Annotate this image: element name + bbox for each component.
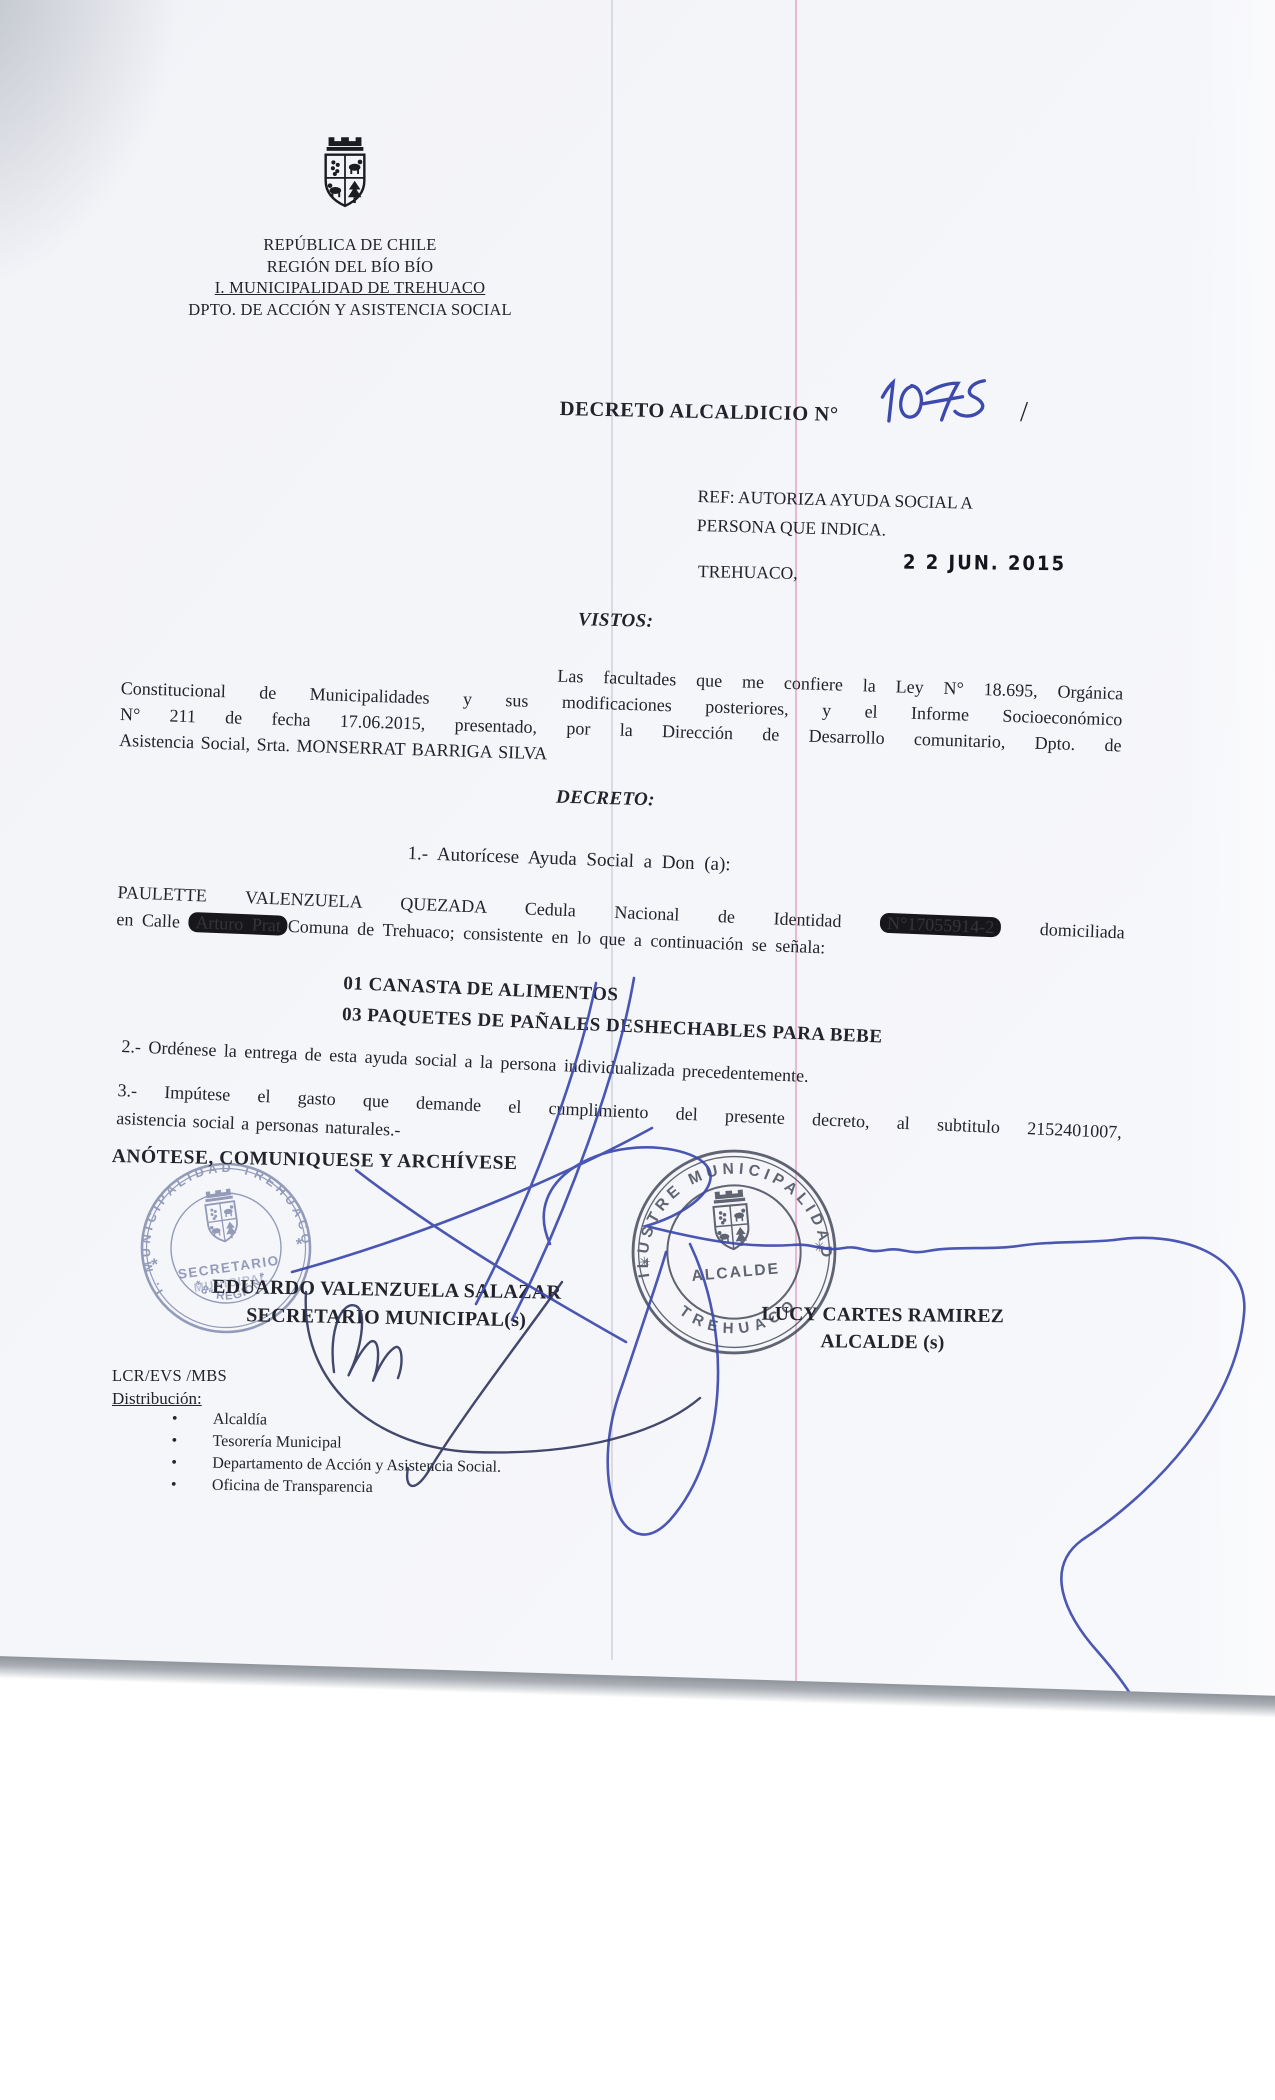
list-item: • Tesorería Municipal [160, 1432, 760, 1440]
letterhead-line: REPÚBLICA DE CHILE [112, 234, 588, 256]
signer-left: EDUARDO VALENZUELA SALAZAR SECRETARIO MU… [171, 1272, 602, 1335]
place-label: TREHUACO, [698, 561, 798, 584]
bullet-icon: • [171, 1454, 177, 1472]
list-item: • Oficina de Transparencia [159, 1476, 759, 1484]
letterhead: REPÚBLICA DE CHILE REGIÓN DEL BÍO BÍO I.… [112, 234, 588, 320]
letterhead-line: DPTO. DE ACCIÓN Y ASISTENCIA SOCIAL [112, 299, 588, 321]
paper-sheet: REPÚBLICA DE CHILE REGIÓN DEL BÍO BÍO I.… [0, 0, 1275, 1705]
decree-title: DECRETO ALCALDICIO N° [560, 398, 839, 427]
bullet-icon: • [172, 1410, 178, 1428]
beneficiary-text: domiciliada [1039, 919, 1125, 942]
letterhead-line: I. MUNICIPALIDAD DE TREHUACO [112, 277, 588, 299]
stamp-star-icon: ✳ [813, 1238, 826, 1255]
distribution-label: Distribución: [112, 1389, 202, 1409]
alcalde-signature-tail [1061, 1238, 1244, 1700]
date-stamp: 2 2 JUN. 2015 [903, 551, 1066, 576]
distribution-list: • Alcaldía • Tesorería Municipal • Depar… [159, 1410, 760, 1513]
aid-items: 01 CANASTA DE ALIMENTOS 03 PAQUETES DE P… [341, 968, 884, 1053]
stamp-center-text: ALCALDE [691, 1260, 781, 1285]
beneficiary-text: en Calle [116, 909, 180, 932]
ref-block: REF: AUTORIZA AYUDA SOCIAL A PERSONA QUE… [697, 482, 1128, 550]
stamp-crest-icon [712, 1189, 750, 1250]
signer-right: LUCY CARTES RAMIREZ ALCALDE (s) [697, 1300, 1068, 1358]
bullet-icon: • [171, 1432, 177, 1450]
list-item-label: Alcaldía [213, 1411, 267, 1430]
list-item: • Alcaldía [160, 1410, 760, 1418]
signer-name: LUCY CARTES RAMIREZ [698, 1300, 1068, 1331]
stamp-star-icon: * [150, 1255, 160, 1275]
vistos-heading: VISTOS: [578, 609, 654, 633]
stamp-crest-icon [203, 1188, 239, 1243]
scanned-decree-page: { "doc": { "header": { "lines": [ "REPÚB… [0, 0, 1275, 2100]
list-item-label: Oficina de Transparencia [212, 1477, 373, 1497]
bullet-icon: • [171, 1476, 177, 1494]
fold-line-pink [795, 0, 797, 1688]
fold-line [611, 0, 613, 1660]
decreto-heading: DECRETO: [556, 787, 656, 812]
decreto-item-1: 1.- Autorícese Ayuda Social a Don (a): [407, 843, 731, 876]
handwritten-decree-number: 1075 [877, 368, 999, 445]
municipal-crest-icon [316, 132, 374, 223]
initials-line: LCR/EVS /MBS [112, 1366, 227, 1386]
list-item-label: Departamento de Acción y Asistencia Soci… [212, 1455, 501, 1477]
redaction-bar-id: N°17055914-2 [880, 913, 1002, 938]
list-item: • Departamento de Acción y Asistencia So… [159, 1454, 759, 1462]
redaction-bar-street: Arturo Prat [188, 912, 288, 936]
stamp-star-icon: ✳ [638, 1253, 651, 1270]
letterhead-line: REGIÓN DEL BÍO BÍO [112, 256, 588, 278]
list-item-label: Tesorería Municipal [212, 1433, 341, 1453]
signer-role: ALCALDE (s) [697, 1327, 1067, 1358]
vistos-paragraph: Las facultades que me confiere la Ley N°… [118, 652, 1123, 795]
title-slash: / [1020, 396, 1028, 429]
beneficiary-paragraph: PAULETTE VALENZUELA QUEZADA Cedula Nacio… [116, 882, 1126, 982]
